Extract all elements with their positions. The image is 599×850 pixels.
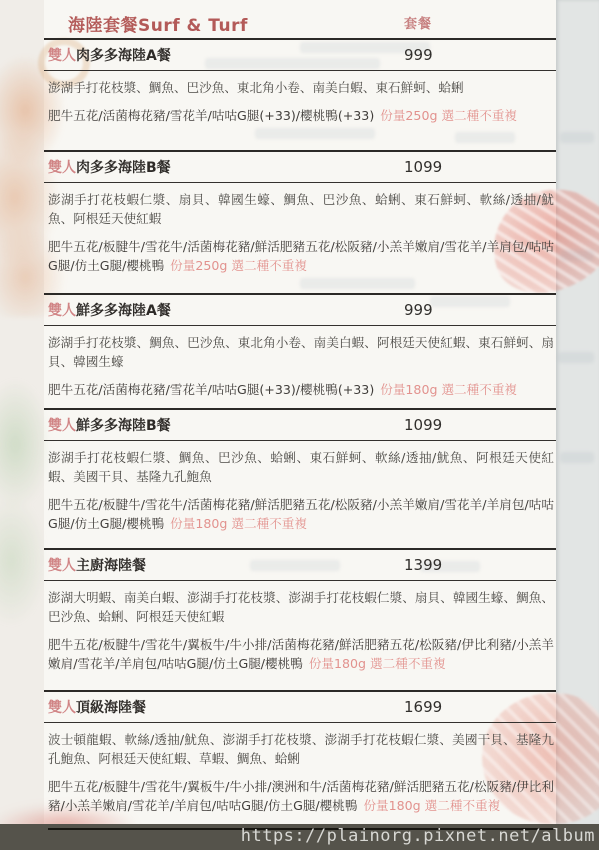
- meat-options: 肥牛五花/板腱牛/雪花牛/活菌梅花豬/鮮活肥豬五花/松阪豬/小羔羊嫩肩/雪花羊/…: [44, 228, 556, 275]
- seafood-list: 澎湖手打花枝蝦仁漿、鯛魚、巴沙魚、蛤蜊、東石鮮蚵、軟絲/透抽/魷魚、阿根廷天使紅…: [44, 441, 556, 486]
- set-badge: 雙人: [48, 300, 76, 320]
- portion-note: 份量180g 選二種不重複: [380, 382, 517, 397]
- set-title-row: 雙人 肉多多海陸B餐 1099: [44, 152, 556, 183]
- set-name: 鮮多多海陸A餐: [76, 300, 171, 320]
- meat-list: 肥牛五花/活菌梅花豬/雪花羊/咕咕G腿(+33)/櫻桃鴨(+33): [48, 382, 374, 397]
- set-title-row: 雙人 主廚海陸餐 1399: [44, 550, 556, 581]
- meat-options: 肥牛五花/板腱牛/雪花牛/翼板牛/牛小排/澳洲和牛/活菌梅花豬/鮮活肥豬五花/松…: [44, 768, 556, 815]
- menu-set-fresh-b: 雙人 鮮多多海陸B餐 1099 澎湖手打花枝蝦仁漿、鯛魚、巴沙魚、蛤蜊、東石鮮蚵…: [44, 408, 556, 548]
- meat-options: 肥牛五花/活菌梅花豬/雪花羊/咕咕G腿(+33)/櫻桃鴨(+33)份量250g …: [44, 97, 556, 125]
- set-badge: 雙人: [48, 697, 76, 717]
- set-price: 1399: [404, 556, 442, 574]
- set-badge: 雙人: [48, 415, 76, 435]
- portion-note: 份量180g 選二種不重複: [363, 798, 500, 813]
- menu-title: 海陸套餐Surf & Turf: [68, 11, 248, 36]
- meat-options: 肥牛五花/活菌梅花豬/雪花羊/咕咕G腿(+33)/櫻桃鴨(+33)份量180g …: [44, 371, 556, 399]
- meat-list: 肥牛五花/板腱牛/雪花牛/翼板牛/牛小排/活菌梅花豬/鮮活肥豬五花/松阪豬/伊比…: [48, 637, 554, 671]
- seafood-list: 澎湖手打花枝蝦仁漿、扇貝、韓國生蠔、鯛魚、巴沙魚、蛤蜊、東石鮮蚵、軟絲/透抽/魷…: [44, 183, 556, 228]
- seafood-list: 澎湖大明蝦、南美白蝦、澎湖手打花枝漿、澎湖手打花枝蝦仁漿、扇貝、韓國生蠔、鯛魚、…: [44, 581, 556, 626]
- portion-note: 份量180g 選二種不重複: [309, 656, 446, 671]
- set-name: 肉多多海陸B餐: [76, 157, 171, 177]
- set-name: 肉多多海陸A餐: [76, 45, 171, 65]
- meat-options: 肥牛五花/板腱牛/雪花牛/翼板牛/牛小排/活菌梅花豬/鮮活肥豬五花/松阪豬/伊比…: [44, 626, 556, 673]
- portion-note: 份量250g 選二種不重複: [170, 258, 307, 273]
- set-price: 999: [404, 46, 433, 64]
- menu-set-premium: 雙人 頂級海陸餐 1699 波士頓龍蝦、軟絲/透抽/魷魚、澎湖手打花枝漿、澎湖手…: [44, 690, 556, 826]
- set-price: 1699: [404, 698, 442, 716]
- meat-options: 肥牛五花/板腱牛/雪花牛/活菌梅花豬/鮮活肥豬五花/松阪豬/小羔羊嫩肩/雪花羊/…: [44, 486, 556, 533]
- set-price: 1099: [404, 416, 442, 434]
- seafood-list: 澎湖手打花枝漿、鯛魚、巴沙魚、東北角小卷、南美白蝦、東石鮮蚵、蛤蜊: [44, 71, 556, 97]
- price-column-header: 套餐: [404, 13, 432, 32]
- portion-note: 份量250g 選二種不重複: [380, 108, 517, 123]
- menu-set-chef: 雙人 主廚海陸餐 1399 澎湖大明蝦、南美白蝦、澎湖手打花枝漿、澎湖手打花枝蝦…: [44, 548, 556, 690]
- set-title-row: 雙人 鮮多多海陸B餐 1099: [44, 410, 556, 441]
- set-price: 1099: [404, 158, 442, 176]
- seafood-list: 澎湖手打花枝漿、鯛魚、巴沙魚、東北角小卷、南美白蝦、阿根廷天使紅蝦、東石鮮蚵、扇…: [44, 326, 556, 371]
- paper-edge-strip: [556, 0, 599, 826]
- menu-set-meat-b: 雙人 肉多多海陸B餐 1099 澎湖手打花枝蝦仁漿、扇貝、韓國生蠔、鯛魚、巴沙魚…: [44, 150, 556, 293]
- set-name: 主廚海陸餐: [76, 555, 146, 575]
- set-title-row: 雙人 鮮多多海陸A餐 999: [44, 295, 556, 326]
- set-badge: 雙人: [48, 157, 76, 177]
- portion-note: 份量180g 選二種不重複: [170, 516, 307, 531]
- watermark-url: https://plainorg.pixnet.net/album: [241, 826, 595, 846]
- seafood-list: 波士頓龍蝦、軟絲/透抽/魷魚、澎湖手打花枝漿、澎湖手打花枝蝦仁漿、美國干貝、基隆…: [44, 723, 556, 768]
- set-title-row: 雙人 肉多多海陸A餐 999: [44, 40, 556, 71]
- menu-set-fresh-a: 雙人 鮮多多海陸A餐 999 澎湖手打花枝漿、鯛魚、巴沙魚、東北角小卷、南美白蝦…: [44, 293, 556, 408]
- menu-set-meat-a: 雙人 肉多多海陸A餐 999 澎湖手打花枝漿、鯛魚、巴沙魚、東北角小卷、南美白蝦…: [44, 38, 556, 150]
- set-name: 頂級海陸餐: [76, 697, 146, 717]
- menu-content: 海陸套餐Surf & Turf 套餐 雙人 肉多多海陸A餐 999 澎湖手打花枝…: [44, 0, 556, 826]
- set-title-row: 雙人 頂級海陸餐 1699: [44, 692, 556, 723]
- set-badge: 雙人: [48, 555, 76, 575]
- meat-list: 肥牛五花/活菌梅花豬/雪花羊/咕咕G腿(+33)/櫻桃鴨(+33): [48, 108, 374, 123]
- menu-header: 海陸套餐Surf & Turf 套餐: [44, 0, 556, 38]
- set-price: 999: [404, 301, 433, 319]
- set-name: 鮮多多海陸B餐: [76, 415, 171, 435]
- set-badge: 雙人: [48, 45, 76, 65]
- footer-bar: https://plainorg.pixnet.net/album: [0, 824, 599, 850]
